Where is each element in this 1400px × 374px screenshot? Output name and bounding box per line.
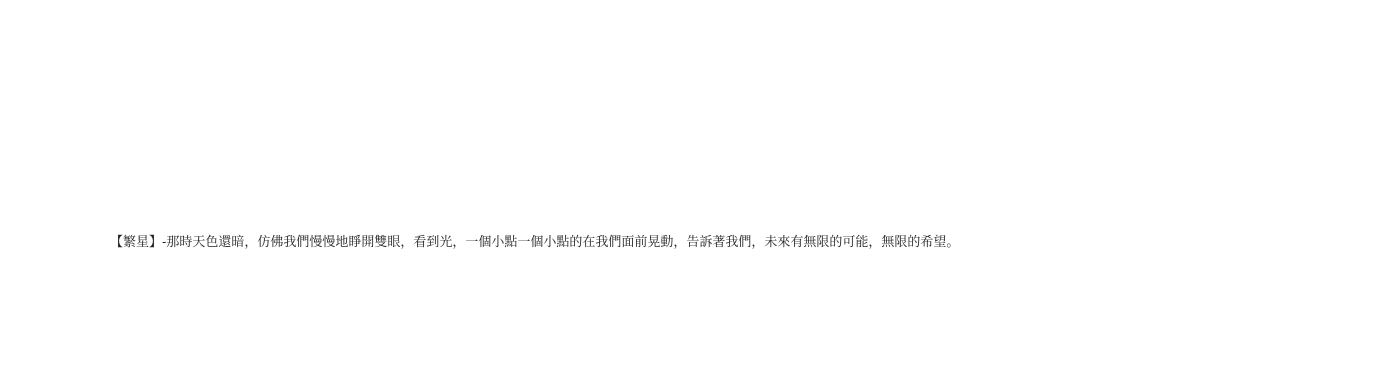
page-canvas: 【繁星】-那時天色還暗，仿佛我們慢慢地睜開雙眼，看到光，一個小點一個小點的在我們… xyxy=(0,0,1400,374)
lyric-title: 【繁星】 xyxy=(110,234,162,249)
lyric-text: -那時天色還暗，仿佛我們慢慢地睜開雙眼，看到光，一個小點一個小點的在我們面前晃動… xyxy=(162,234,959,249)
lyric-caption-line: 【繁星】-那時天色還暗，仿佛我們慢慢地睜開雙眼，看到光，一個小點一個小點的在我們… xyxy=(110,234,959,250)
